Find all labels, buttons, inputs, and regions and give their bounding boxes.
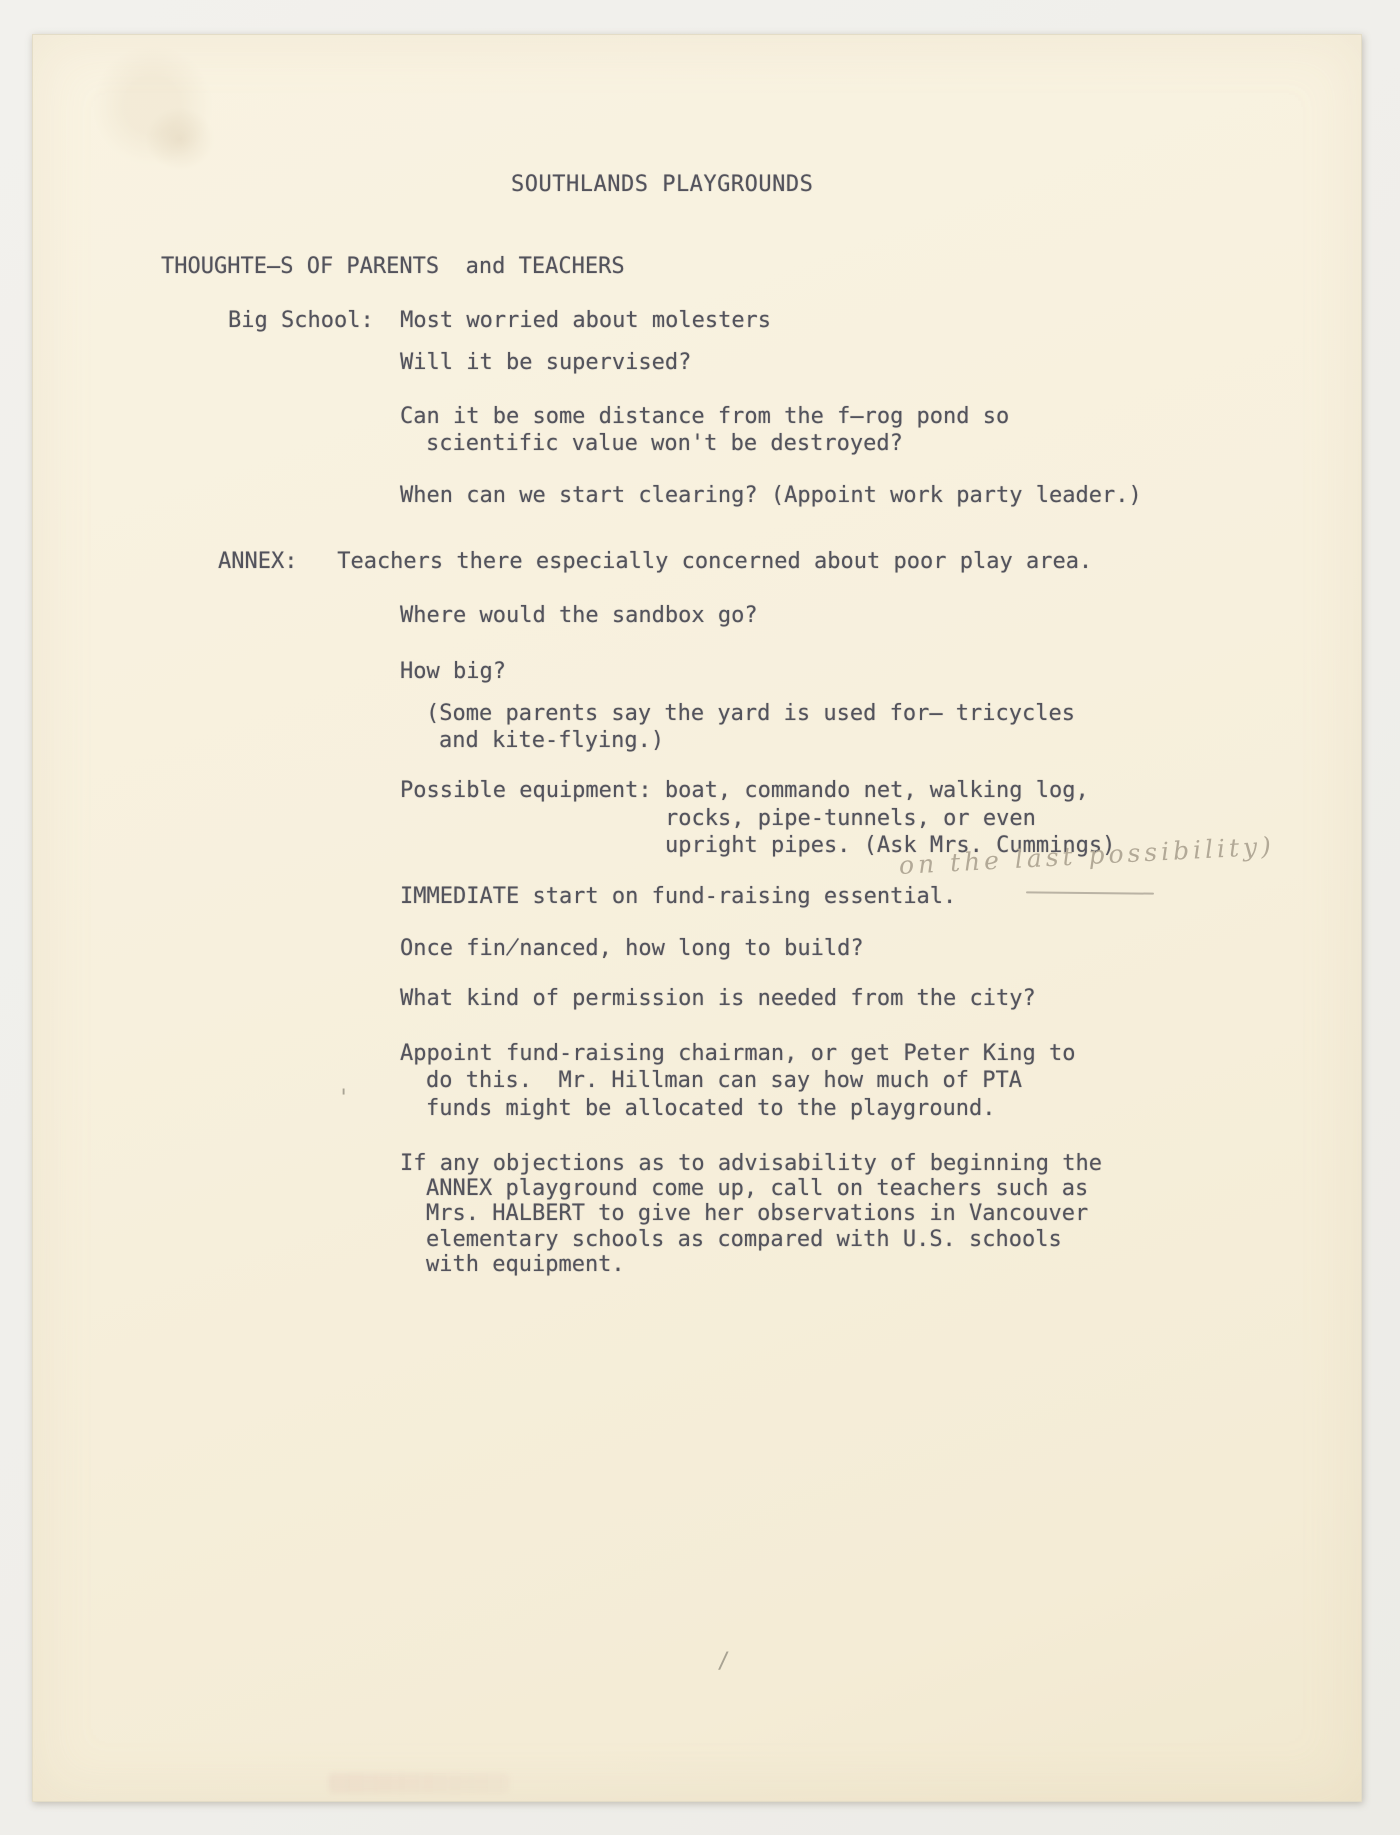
typed-line: Can it be some distance from the f̶rog p… — [400, 404, 1009, 430]
typed-line: Mrs. HALBERT to give her observations in… — [426, 1201, 1088, 1227]
typed-line: scientific value won't be destroyed? — [426, 431, 903, 457]
paper-sheet: SOUTHLANDS PLAYGROUNDSTHOUGHTE̶S OF PARE… — [32, 34, 1362, 1802]
typed-line: elementary schools as compared with U.S.… — [426, 1227, 1062, 1253]
typed-line: If any objections as to advisability of … — [400, 1151, 1102, 1177]
section-heading: THOUGHTE̶S OF PARENTS and TEACHERS — [161, 254, 625, 280]
scanned-document-screenshot: { "page": { "background_color": "#f0efeb… — [0, 0, 1400, 1835]
document-title: SOUTHLANDS PLAYGROUNDS — [511, 172, 813, 198]
typed-line: Once fin̸nanced, how long to build? — [400, 936, 864, 962]
typed-line: When can we start clearing? (Appoint wor… — [400, 483, 1142, 509]
typed-line: rocks, pipe-tunnels, or even — [665, 806, 1036, 832]
typed-line: ANNEX playground come up, call on teache… — [426, 1176, 1088, 1202]
typed-line: Appoint fund-raising chairman, or get Pe… — [400, 1041, 1076, 1067]
stray-pencil-mark: ' — [337, 1086, 350, 1112]
typed-line: What kind of permission is needed from t… — [400, 986, 1036, 1012]
typed-line: Will it be supervised? — [400, 350, 691, 376]
stray-slash-mark: / — [717, 1649, 730, 1675]
typed-line: funds might be allocated to the playgrou… — [426, 1096, 996, 1122]
faint-stamp-smudge — [329, 1773, 509, 1793]
typed-line: (Some parents say the yard is used for̶ … — [426, 701, 1075, 727]
scan-background: SOUTHLANDS PLAYGROUNDSTHOUGHTE̶S OF PARE… — [0, 0, 1400, 1835]
paper-smudge — [145, 107, 215, 171]
typed-line: Possible equipment: boat, commando net, … — [400, 778, 1089, 804]
typed-line: do this. Mr. Hillman can say how much of… — [426, 1068, 1022, 1094]
typed-line: IMMEDIATE start on fund-raising essentia… — [400, 884, 956, 910]
pencil-underline — [1026, 891, 1154, 894]
big-school-heading: Big School: Most worried about molesters — [228, 308, 771, 334]
typed-line: with equipment. — [426, 1252, 625, 1278]
typed-line: and kite-flying.) — [439, 728, 664, 754]
typed-line: Where would the sandbox go? — [400, 603, 758, 629]
typed-line: How big? — [400, 659, 506, 685]
annex-heading: ANNEX: Teachers there especially concern… — [218, 549, 1092, 575]
